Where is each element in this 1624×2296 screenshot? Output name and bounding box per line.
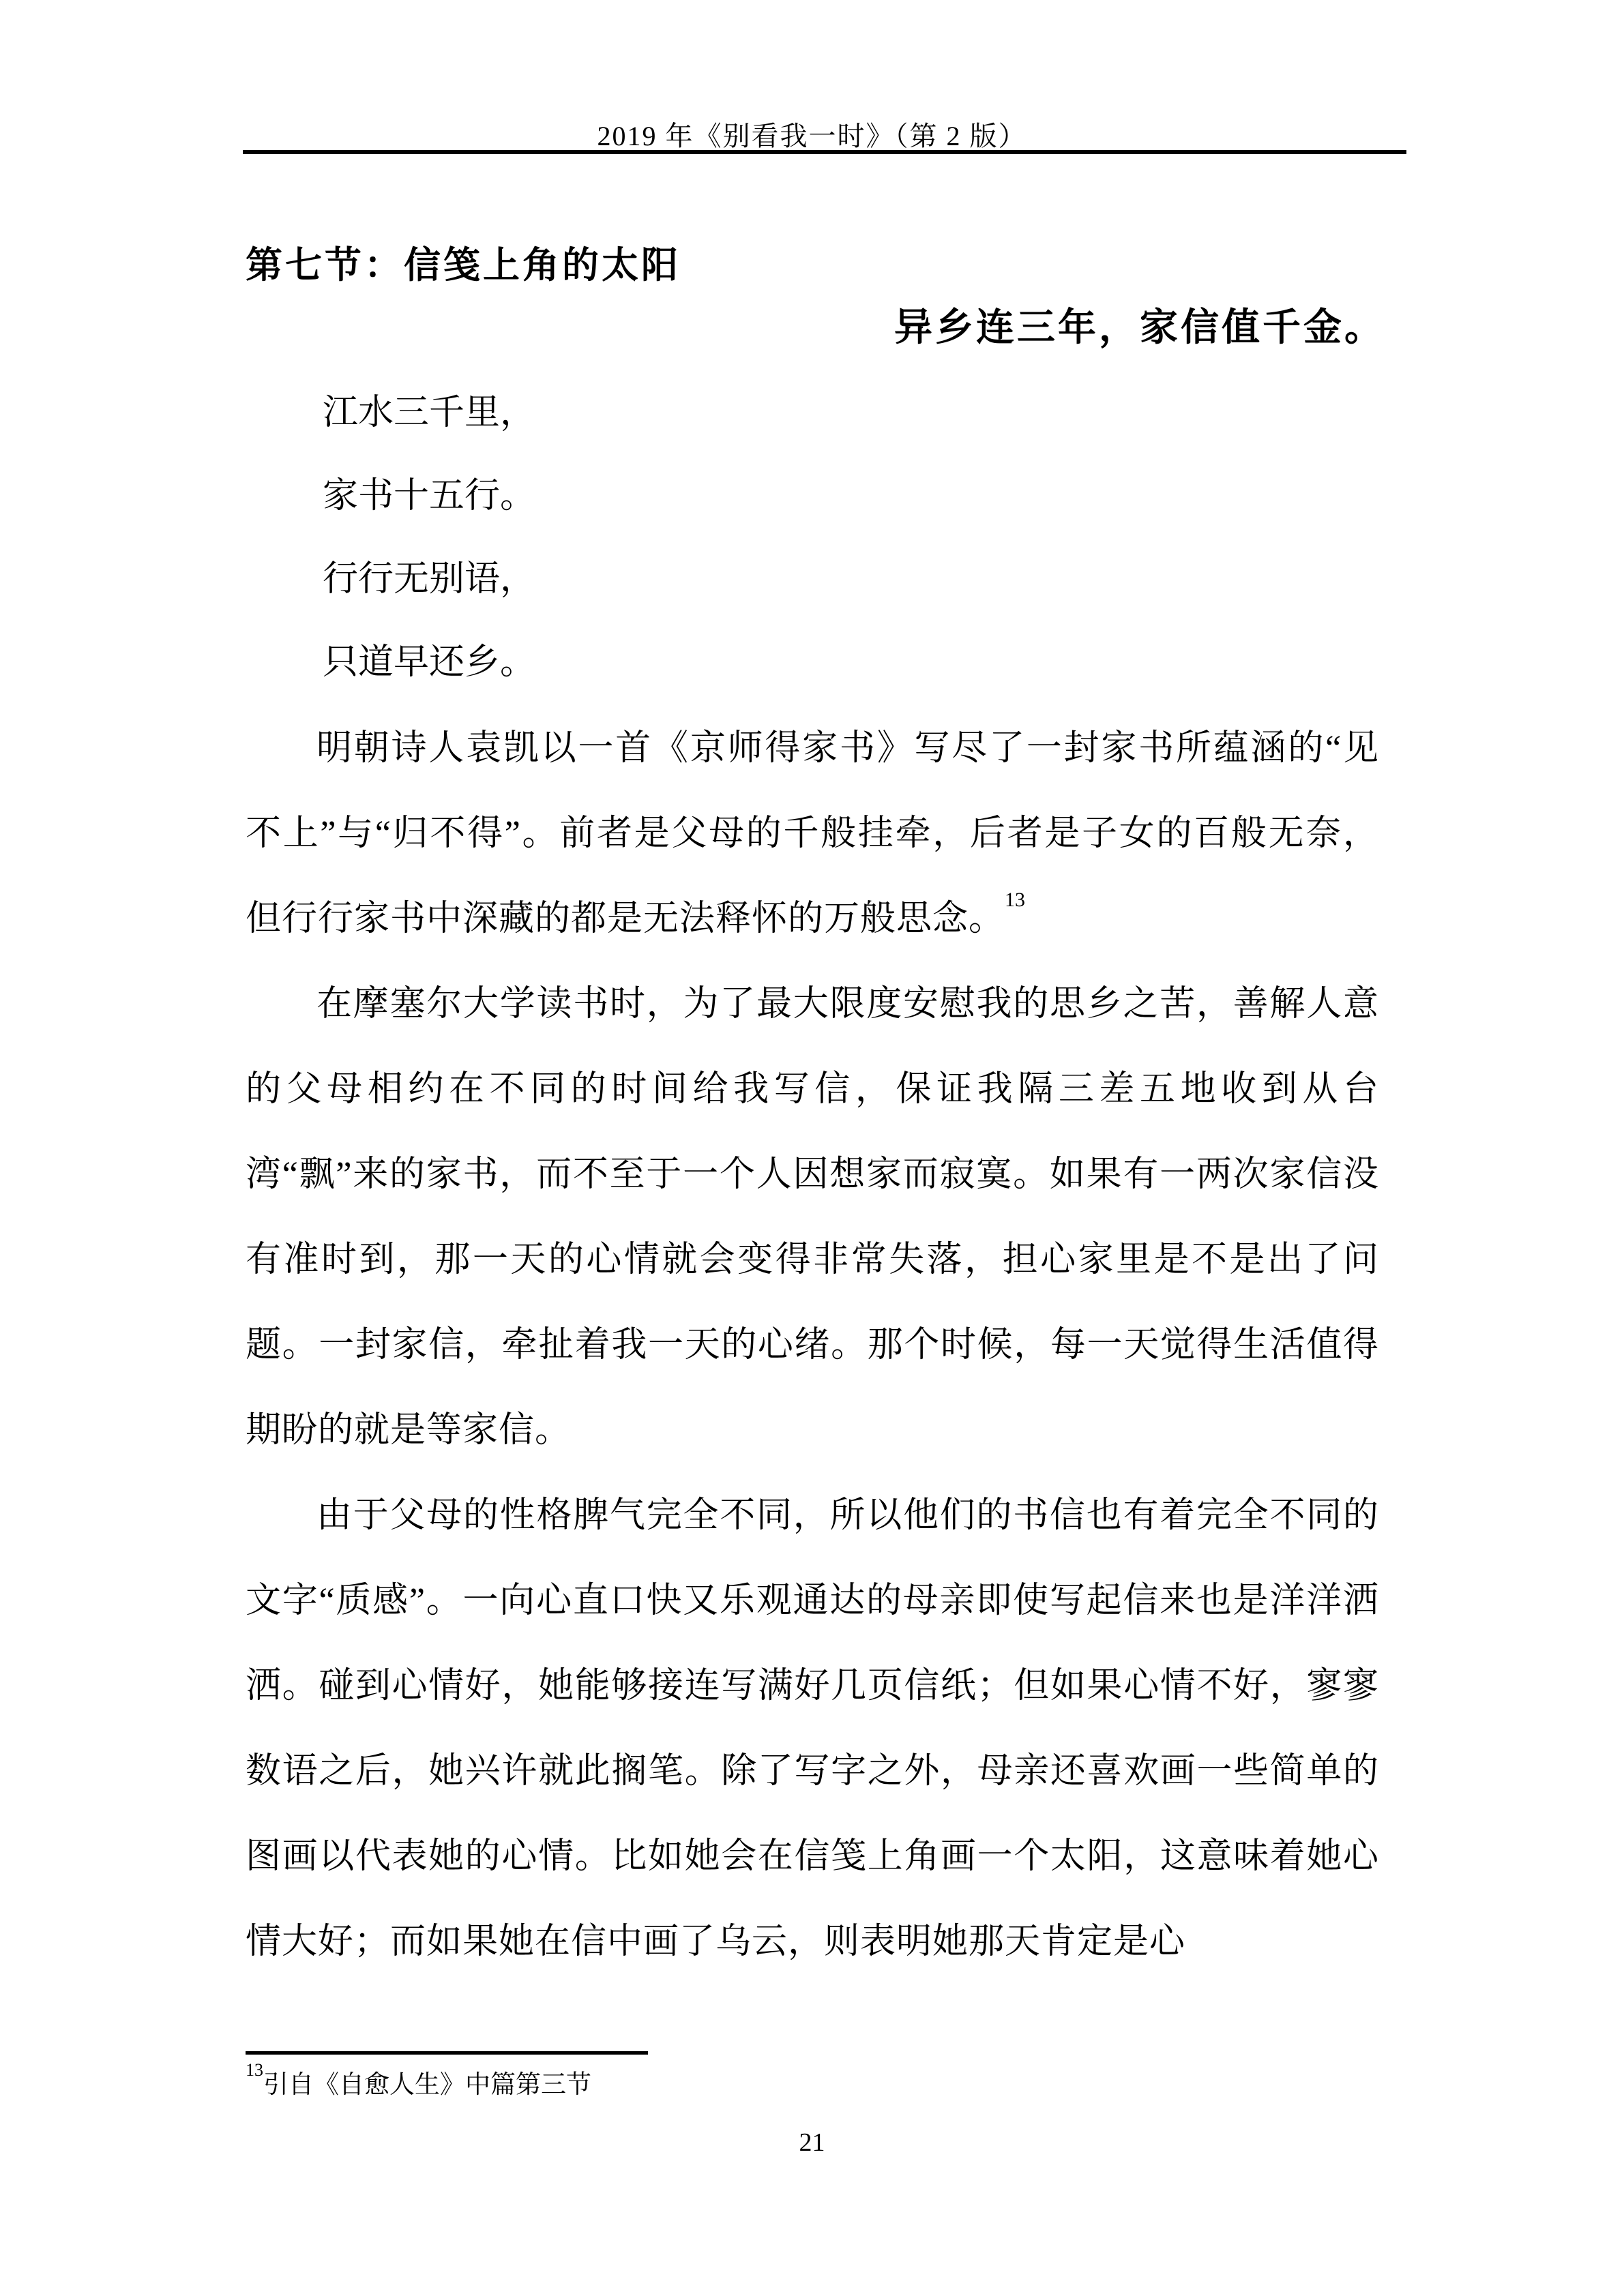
poem-block: 江水三千里， 家书十五行。 行行无别语， 只道早还乡。 (323, 372, 535, 704)
poem-line: 行行无别语， (323, 538, 535, 621)
footnote-number: 13 (246, 2060, 263, 2080)
paragraph-text: 在摩塞尔大学读书时，为了最大限度安慰我的思乡之苦，善解人意的父母相约在不同的时间… (246, 985, 1379, 1450)
body-paragraph: 由于父母的性格脾气完全不同，所以他们的书信也有着完全不同的文字“质感”。一向心直… (246, 1473, 1379, 1984)
page-number: 21 (0, 2128, 1624, 2158)
footnote-text: 引自《自愈人生》中篇第三节 (263, 2071, 591, 2099)
header-divider-line (243, 150, 1406, 154)
footnote-separator-line (246, 2051, 648, 2055)
poem-line: 只道早还乡。 (323, 621, 535, 704)
footnote: 13引自《自愈人生》中篇第三节 (246, 2063, 591, 2100)
poem-line: 家书十五行。 (323, 455, 535, 538)
body-paragraph: 明朝诗人袁凯以一首《京师得家书》写尽了一封家书所蕴涵的“见不上”与“归不得”。前… (246, 706, 1379, 961)
paragraph-text: 明朝诗人袁凯以一首《京师得家书》写尽了一封家书所蕴涵的“见不上”与“归不得”。前… (246, 729, 1379, 938)
document-page: 2019 年《别看我一时》（第 2 版） 第七节：信笺上角的太阳 异乡连三年，家… (0, 0, 1624, 2296)
section-title: 第七节：信笺上角的太阳 (246, 236, 681, 288)
body-paragraph: 在摩塞尔大学读书时，为了最大限度安慰我的思乡之苦，善解人意的父母相约在不同的时间… (246, 961, 1379, 1473)
paragraph-text: 由于父母的性格脾气完全不同，所以他们的书信也有着完全不同的文字“质感”。一向心直… (246, 1496, 1379, 1961)
poem-line: 江水三千里， (323, 372, 535, 455)
epigraph-calligraphy: 异乡连三年，家信值千金。 (894, 297, 1385, 352)
footnote-reference-marker: 13 (1005, 889, 1025, 911)
page-header-title: 2019 年《别看我一时》（第 2 版） (0, 115, 1624, 153)
